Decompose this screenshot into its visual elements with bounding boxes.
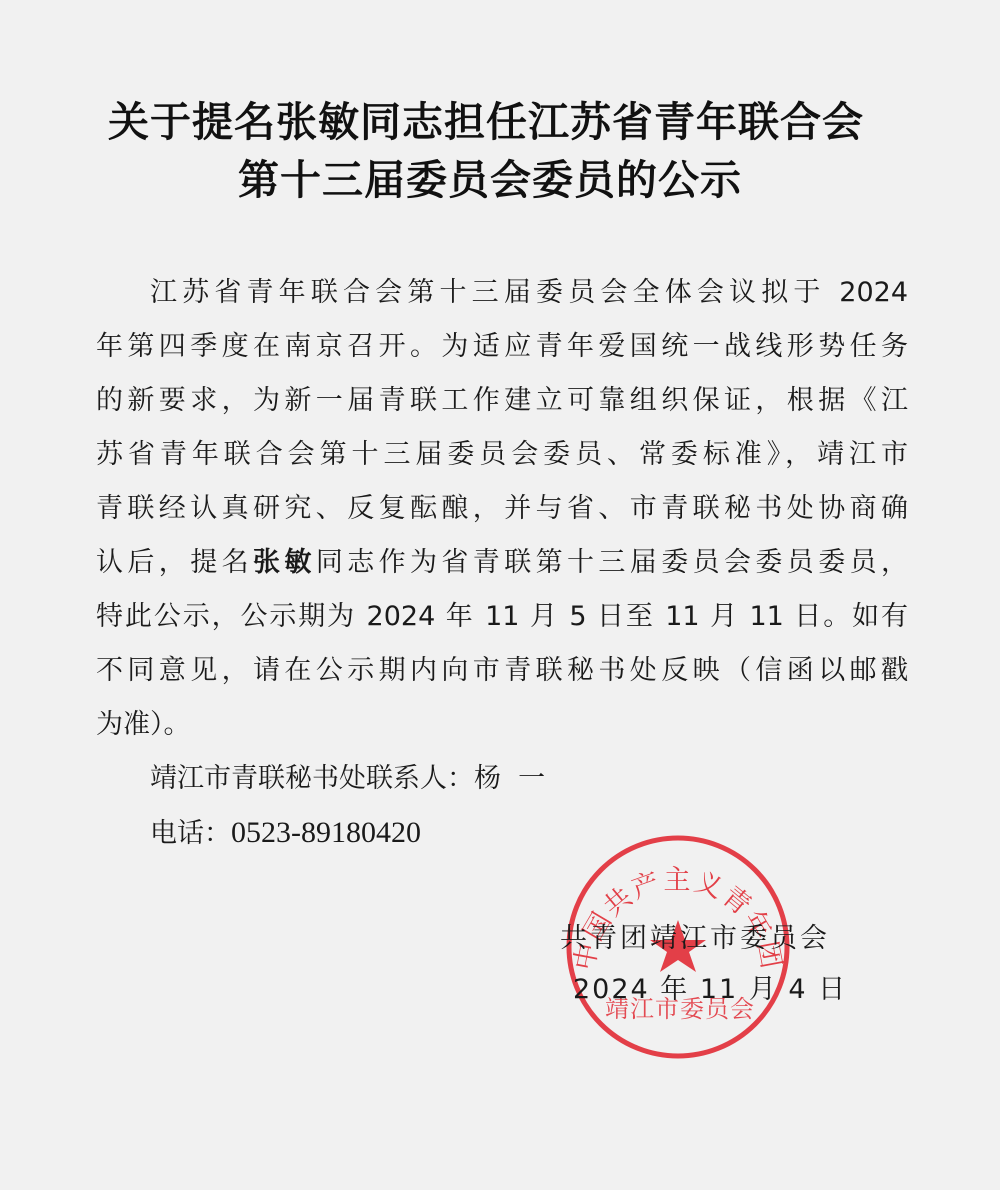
contact-phone: 电话：0523-89180420	[150, 806, 421, 861]
phone-number: 0523-89180420	[231, 816, 421, 849]
body-line-5: 青联经认真研究、反复酝酿，并与省、市青联秘书处协商确	[96, 482, 908, 536]
document-title-line-1: 关于提名张敏同志担任江苏省青年联合会	[0, 92, 986, 152]
document-title-line-2: 第十三届委员会委员的公示	[0, 150, 990, 210]
signature-organization: 共青团靖江市委员会	[560, 916, 830, 955]
body-line-6-post: 同志作为省青联第十三届委员会委员委员，	[316, 547, 908, 578]
body-line-9: 为准）。	[96, 698, 191, 752]
body-line-3: 的新要求，为新一届青联工作建立可靠组织保证，根据《江	[96, 374, 908, 428]
nominee-name: 张敏	[253, 547, 316, 578]
signature-date: 2024 年 11 月 4 日	[573, 967, 847, 1006]
body-line-1: 江苏省青年联合会第十三届委员会全体会议拟于 2024	[150, 266, 908, 320]
phone-label: 电话：	[150, 818, 231, 849]
contact-person-label: 靖江市青联秘书处联系人：	[150, 763, 474, 794]
body-line-8: 不同意见，请在公示期内向市青联秘书处反映（信函以邮戳	[96, 644, 908, 698]
contact-person: 靖江市青联秘书处联系人：杨 一	[150, 752, 545, 806]
body-line-4: 苏省青年联合会第十三届委员会委员、常委标准》，靖江市	[96, 428, 908, 482]
body-line-6: 认后，提名张敏同志作为省青联第十三届委员会委员委员，	[96, 536, 908, 590]
contact-person-name: 杨 一	[474, 763, 545, 794]
body-line-7: 特此公示，公示期为 2024 年 11 月 5 日至 11 月 11 日。如有	[96, 590, 908, 644]
body-line-6-pre: 认后，提名	[96, 547, 253, 578]
body-line-2: 年第四季度在南京召开。为适应青年爱国统一战线形势任务	[96, 320, 908, 374]
document-page: 关于提名张敏同志担任江苏省青年联合会 第十三届委员会委员的公示 江苏省青年联合会…	[0, 0, 1000, 1190]
